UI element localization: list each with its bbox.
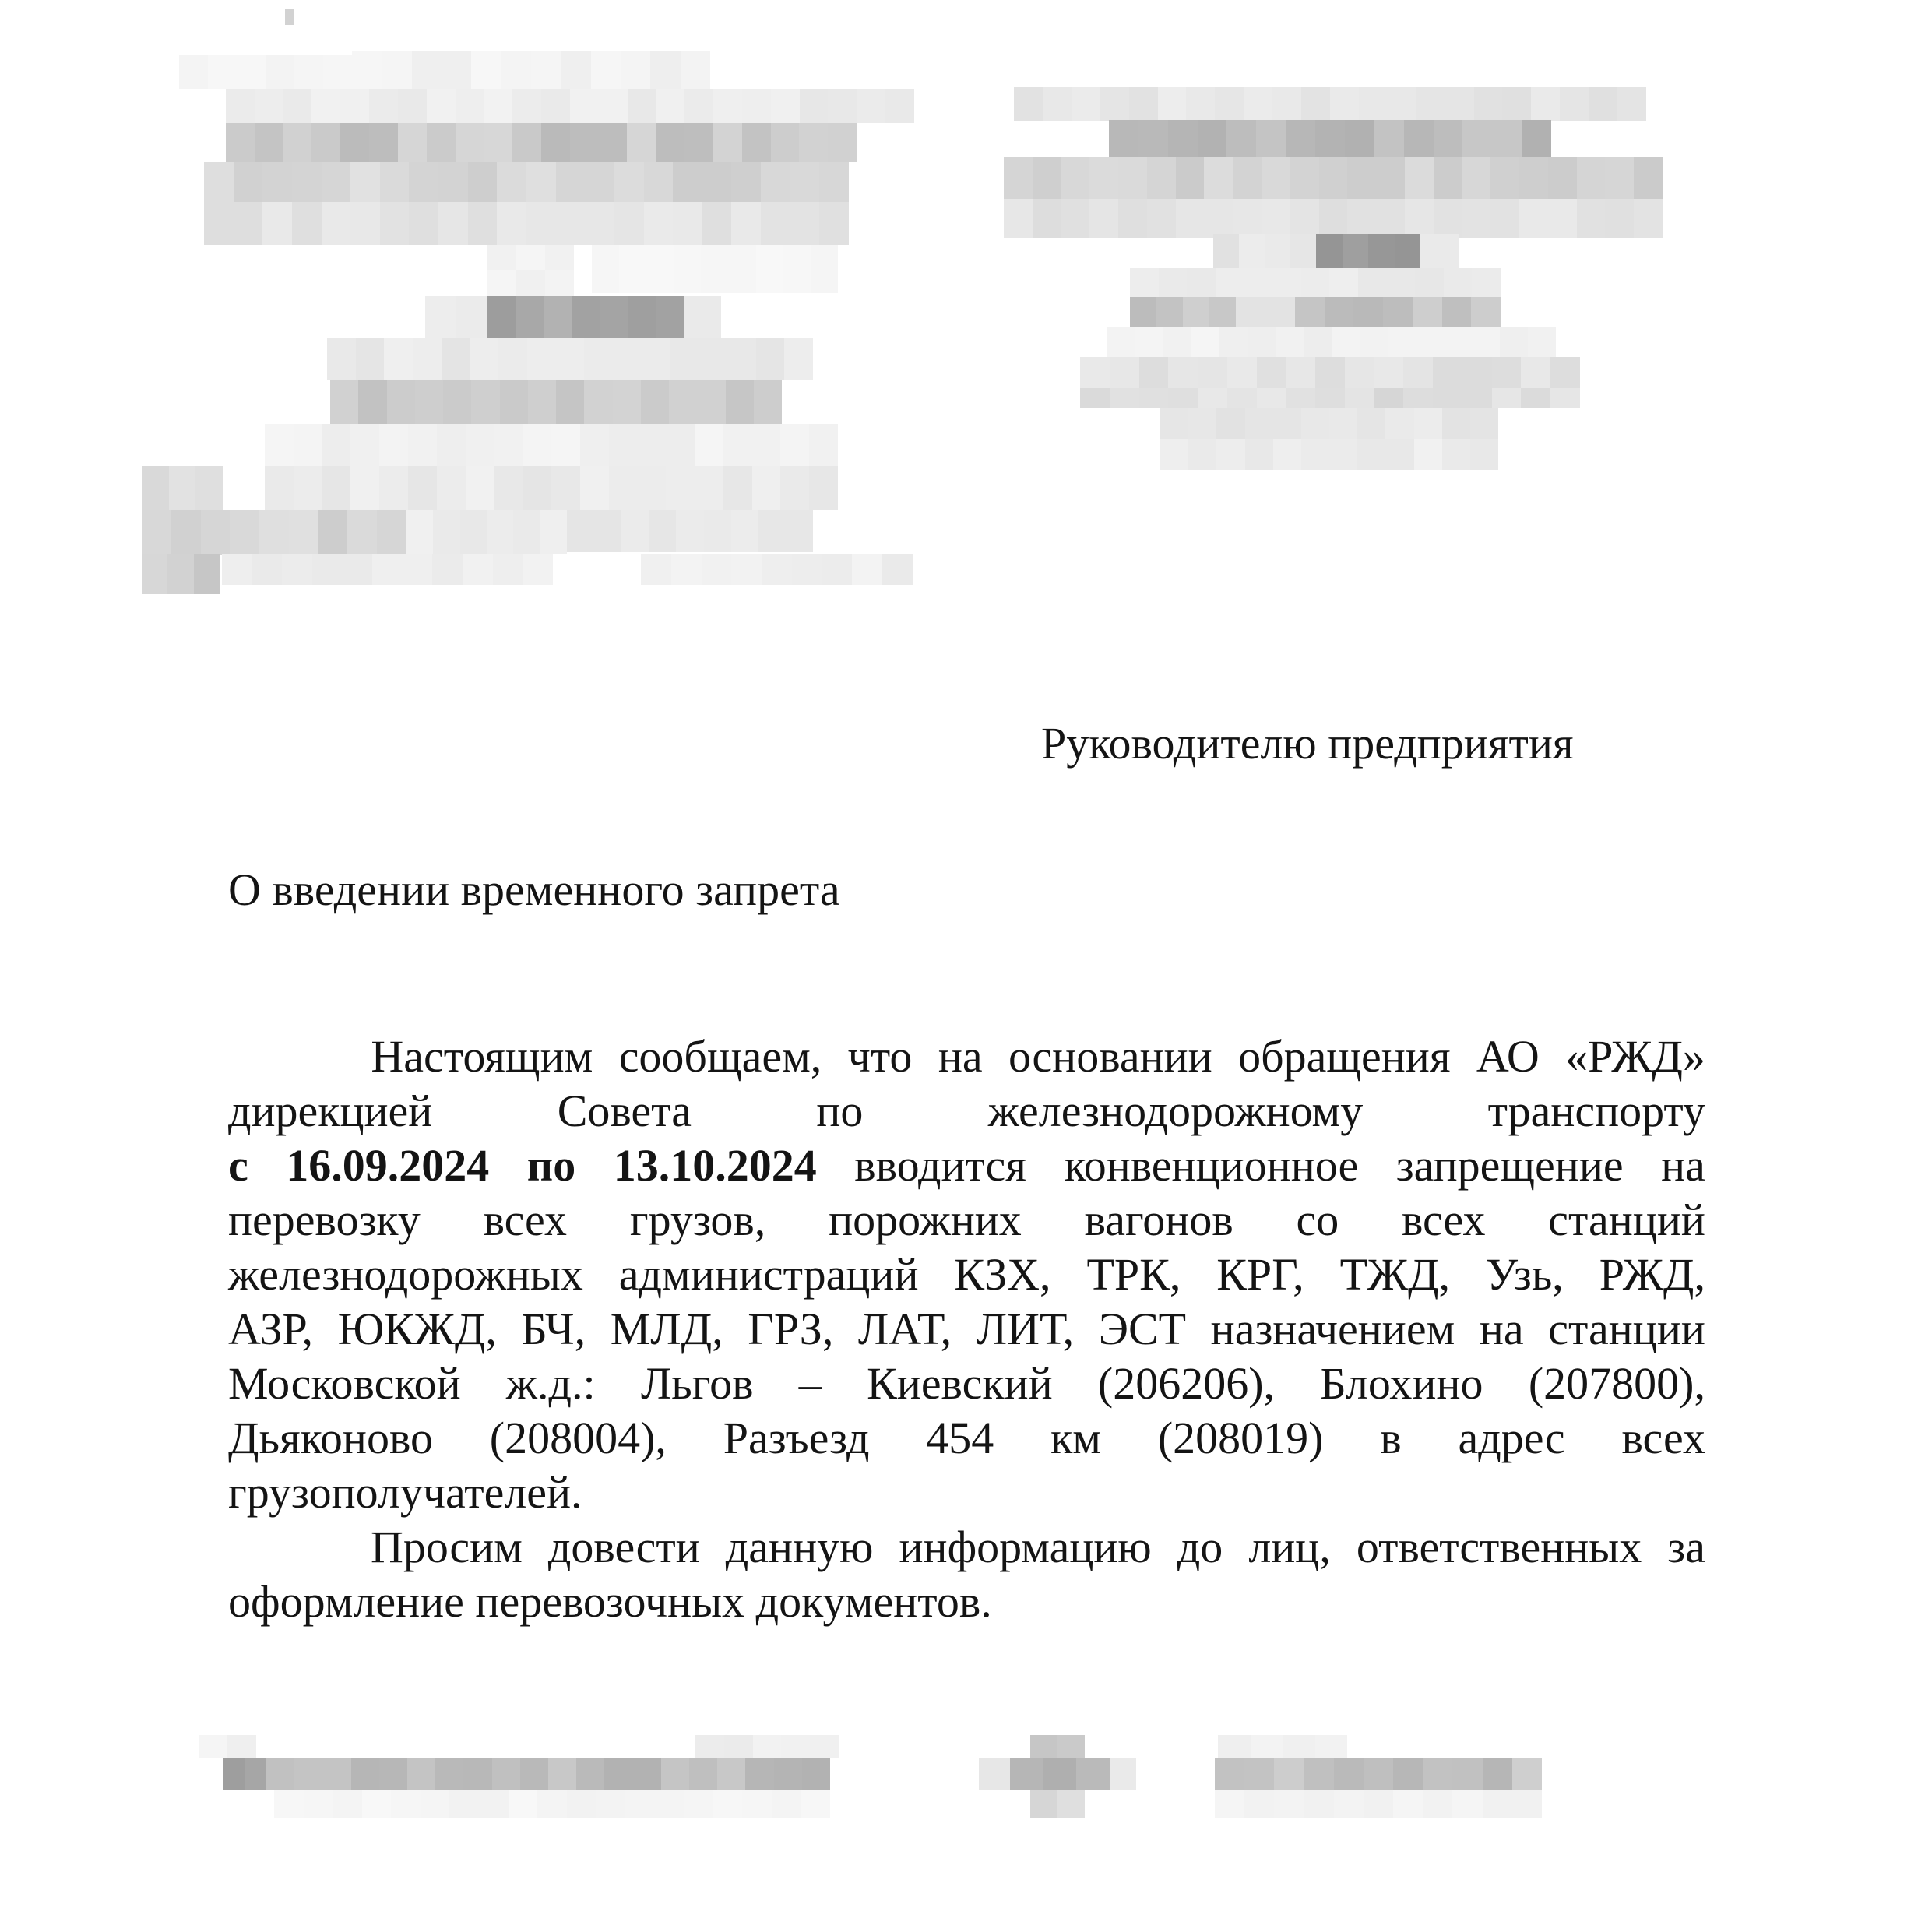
redacted-strip <box>1080 357 1580 388</box>
word: с <box>228 1138 248 1193</box>
redacted-strip <box>1010 1758 1110 1790</box>
word: (208019) <box>1158 1411 1324 1466</box>
redacted-strip <box>1218 1735 1347 1758</box>
word: станции <box>1548 1302 1705 1357</box>
redacted-strip <box>142 466 223 510</box>
redacted-strip <box>1316 234 1420 268</box>
redacted-strip <box>1130 297 1236 327</box>
body-line: Московскойж.д.:Льгов–Киевский(206206),Бл… <box>228 1357 1705 1411</box>
word: Узь, <box>1486 1248 1564 1302</box>
redacted-strip <box>1215 1790 1542 1818</box>
redacted-strip <box>1213 234 1316 268</box>
redacted-strip <box>265 466 838 510</box>
word: вагонов <box>1085 1193 1233 1248</box>
word: вводится <box>854 1138 1026 1193</box>
word: обращения <box>1238 1029 1450 1084</box>
redacted-strip <box>425 296 487 338</box>
word: на <box>1661 1138 1705 1193</box>
word: (206206), <box>1098 1357 1275 1411</box>
word: по <box>816 1084 863 1138</box>
word: сообщаем, <box>619 1029 822 1084</box>
word: конвенционное <box>1064 1138 1358 1193</box>
redacted-strip <box>684 296 721 338</box>
redacted-strip <box>1109 120 1551 157</box>
redacted-strip <box>1236 297 1295 327</box>
redacted-strip <box>265 424 838 466</box>
word: транспорту <box>1488 1084 1705 1138</box>
word: МЛД, <box>611 1302 723 1357</box>
word: грузов, <box>630 1193 765 1248</box>
word: до <box>1177 1520 1223 1575</box>
word: что <box>848 1029 913 1084</box>
redacted-strip <box>226 89 914 123</box>
word: ж.д.: <box>506 1357 596 1411</box>
word: всех <box>484 1193 567 1248</box>
redacted-strip <box>567 510 813 552</box>
word: 454 <box>926 1411 994 1466</box>
word: порожних <box>829 1193 1022 1248</box>
word: АЗР, <box>228 1302 313 1357</box>
redacted-strip <box>1014 87 1646 121</box>
redacted-strip <box>352 51 710 89</box>
word: КЗХ, <box>954 1248 1050 1302</box>
word: Дьяконово <box>228 1411 433 1466</box>
redacted-strip <box>1004 157 1663 199</box>
body-line: перевозкувсехгрузов,порожнихвагоновсовсе… <box>228 1193 1705 1248</box>
redacted-strip <box>179 55 352 89</box>
redacted-strip <box>1107 327 1556 357</box>
word: назначением <box>1211 1302 1455 1357</box>
redacted-strip <box>979 1758 1010 1790</box>
word: основании <box>1008 1029 1212 1084</box>
word: АО <box>1476 1029 1540 1084</box>
redacted-strip <box>285 9 294 25</box>
word: всех <box>1402 1193 1485 1248</box>
body-line: оформление перевозочных документов. <box>228 1575 1705 1629</box>
word: запрещение <box>1396 1138 1624 1193</box>
word: Московской <box>228 1357 461 1411</box>
word: на <box>1480 1302 1524 1357</box>
word: ТЖД, <box>1340 1248 1450 1302</box>
body-line: дирекциейСоветапожелезнодорожномутранспо… <box>228 1084 1705 1138</box>
body-text: Настоящимсообщаем,чтонаоснованииобращени… <box>228 1029 1705 1629</box>
word: КРГ, <box>1216 1248 1304 1302</box>
word: Блохино <box>1320 1357 1483 1411</box>
redacted-strip <box>223 1758 266 1790</box>
word: по <box>527 1138 575 1193</box>
word: Разъезд <box>723 1411 870 1466</box>
word: (208004), <box>490 1411 667 1466</box>
word: (207800), <box>1529 1357 1705 1411</box>
redacted-strip <box>1160 408 1498 439</box>
redacted-strip <box>1030 1790 1085 1818</box>
redacted-strip <box>226 123 857 162</box>
word: перевозку <box>228 1193 421 1248</box>
redacted-strip <box>327 338 813 380</box>
body-line: грузополучателей. <box>228 1466 1705 1520</box>
word: адрес <box>1458 1411 1564 1466</box>
redacted-strip <box>222 554 553 585</box>
word: Настоящим <box>371 1029 593 1084</box>
word: 16.09.2024 <box>286 1138 489 1193</box>
word: лиц, <box>1248 1520 1331 1575</box>
word: 13.10.2024 <box>614 1138 817 1193</box>
paragraph-indent <box>228 1029 345 1084</box>
word: железнодорожному <box>988 1084 1364 1138</box>
redacted-strip <box>274 1790 830 1818</box>
redacted-strip <box>1215 1758 1542 1790</box>
redacted-strip <box>1004 199 1663 238</box>
word: со <box>1296 1193 1339 1248</box>
redacted-strip <box>1110 1758 1136 1790</box>
scanned-letter-page: Руководителю предприятия О введении врем… <box>0 0 1932 1925</box>
redacted-strip <box>142 554 220 594</box>
word: за <box>1667 1520 1705 1575</box>
word: км <box>1050 1411 1101 1466</box>
word: – <box>799 1357 822 1411</box>
word: Льгов <box>641 1357 754 1411</box>
body-line: железнодорожныхадминистрацийКЗХ,ТРК,КРГ,… <box>228 1248 1705 1302</box>
redacted-strip <box>199 1735 256 1758</box>
body-line: Просимдовестиданнуюинформациюдолиц,ответ… <box>228 1520 1705 1575</box>
redacted-strip <box>406 510 567 554</box>
redacted-strip <box>592 245 838 293</box>
word: РЖД, <box>1599 1248 1705 1302</box>
word: железнодорожных <box>228 1248 583 1302</box>
redacted-strip <box>204 202 849 245</box>
body-line: с16.09.2024по13.10.2024вводитсяконвенцио… <box>228 1138 1705 1193</box>
redacted-strip <box>1080 388 1580 408</box>
word: ЭСТ <box>1099 1302 1186 1357</box>
redacted-strip <box>204 162 849 202</box>
redacted-strip <box>487 245 574 296</box>
word: в <box>1380 1411 1401 1466</box>
word: Совета <box>558 1084 692 1138</box>
recipient-line: Руководителю предприятия <box>1041 716 1574 771</box>
word: ЮКЖД, <box>338 1302 497 1357</box>
word: ЛИТ, <box>977 1302 1074 1357</box>
redacted-strip <box>1130 268 1501 297</box>
redacted-strip <box>330 380 782 424</box>
word: Киевский <box>867 1357 1053 1411</box>
word: станций <box>1548 1193 1705 1248</box>
word: администраций <box>619 1248 919 1302</box>
redacted-strip <box>142 510 406 555</box>
redacted-strip <box>487 296 684 338</box>
redacted-strip <box>641 554 913 585</box>
redacted-strip <box>1420 234 1459 268</box>
body-line: Настоящимсообщаем,чтонаоснованииобращени… <box>228 1029 1705 1084</box>
redacted-strip <box>1160 439 1498 470</box>
redacted-strip <box>1295 297 1501 327</box>
word: довести <box>548 1520 700 1575</box>
redacted-strip <box>266 1758 830 1790</box>
word: «РЖД» <box>1565 1029 1705 1084</box>
word: на <box>938 1029 983 1084</box>
word: ТРК, <box>1086 1248 1181 1302</box>
word: Просим <box>371 1520 523 1575</box>
body-line: АЗР,ЮКЖД,БЧ,МЛД,ГРЗ,ЛАТ,ЛИТ,ЭСТназначени… <box>228 1302 1705 1357</box>
word: всех <box>1621 1411 1705 1466</box>
word: данную <box>726 1520 874 1575</box>
word: ЛАТ, <box>858 1302 952 1357</box>
word: ГРЗ, <box>748 1302 833 1357</box>
redacted-strip <box>1030 1735 1085 1758</box>
redacted-strip <box>695 1735 839 1758</box>
body-line: Дьяконово(208004),Разъезд454км(208019)ва… <box>228 1411 1705 1466</box>
subject-line: О введении временного запрета <box>228 863 840 917</box>
word: ответственных <box>1357 1520 1642 1575</box>
word: информацию <box>899 1520 1152 1575</box>
word: БЧ, <box>522 1302 586 1357</box>
paragraph-indent <box>228 1520 345 1575</box>
word: дирекцией <box>228 1084 432 1138</box>
